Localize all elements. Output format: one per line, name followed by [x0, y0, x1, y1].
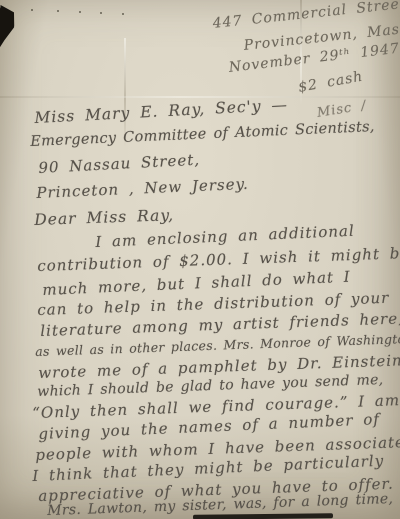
- letter-page: 447 Commercial Street, Provincetown, Mas…: [0, 0, 400, 519]
- paper-speck: [100, 12, 102, 14]
- annotation-cash: $2 cash: [297, 69, 364, 96]
- recipient-line: Princeton , New Jersey.: [36, 175, 249, 202]
- paper-speck: [79, 11, 81, 13]
- recipient-line: Miss Mary E. Ray, Sec'y —: [34, 96, 288, 127]
- paper-speck: [57, 10, 59, 12]
- annotation-misc: Misc /: [316, 98, 368, 121]
- paper-speck: [31, 9, 33, 11]
- fold-crease-horizontal: [0, 96, 400, 98]
- paper-speck: [122, 13, 124, 15]
- recipient-line: 90 Nassau Street,: [38, 151, 200, 177]
- photo-edge-line: [193, 513, 333, 519]
- salutation: Dear Miss Ray,: [34, 206, 174, 229]
- photo-corner-artifact: [0, 5, 17, 51]
